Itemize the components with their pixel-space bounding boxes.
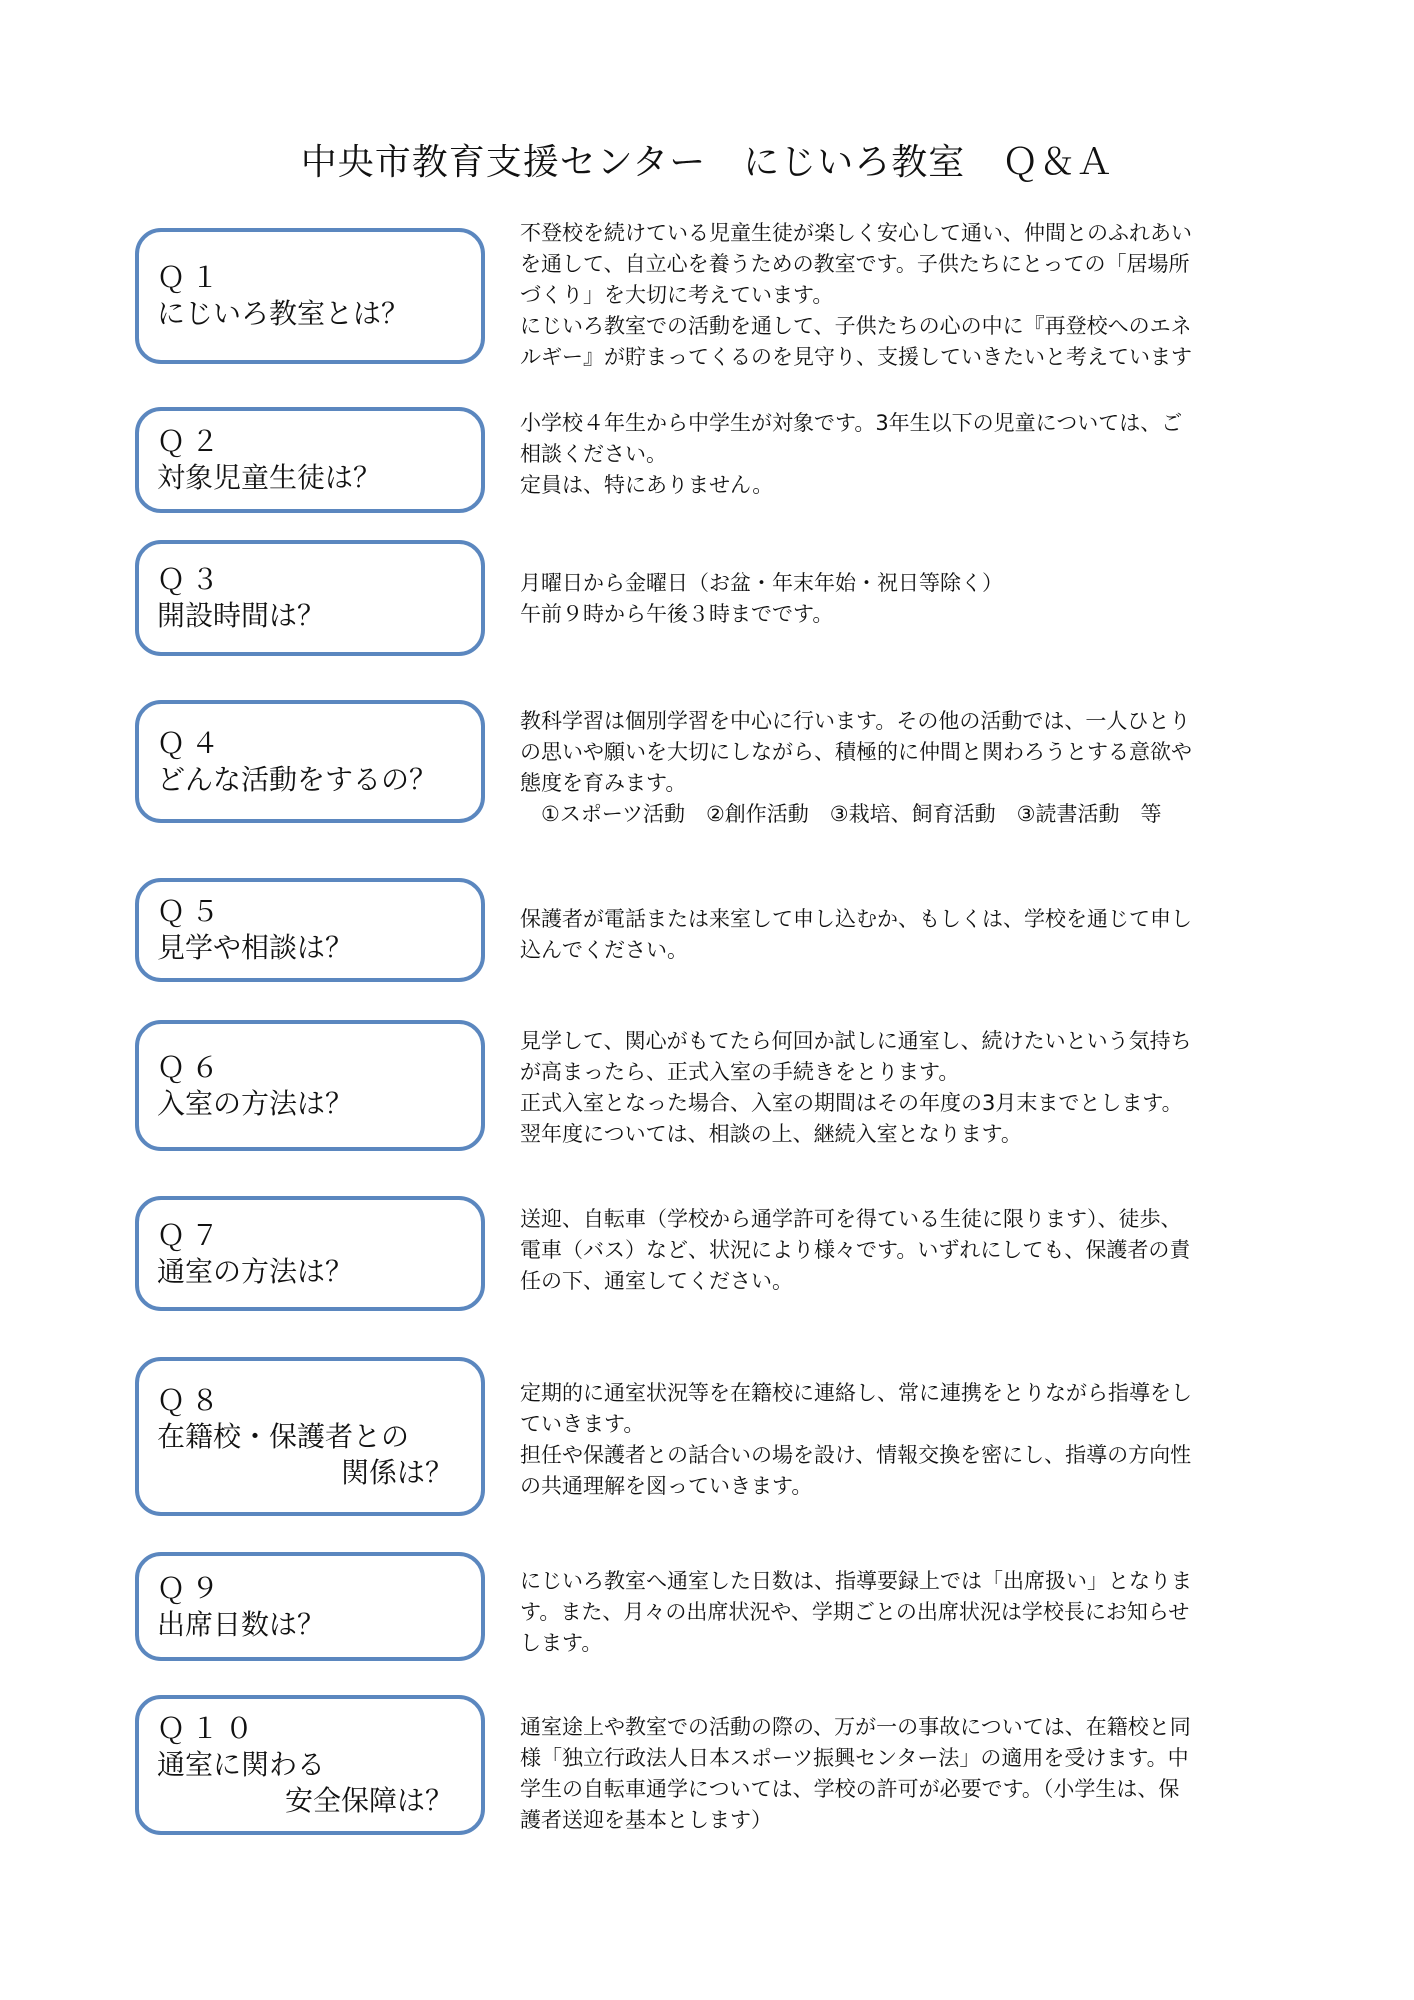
question-text: 在籍校・保護者との <box>157 1419 463 1455</box>
question-box-q1: Ｑ１ にじいろ教室とは？ <box>135 228 485 364</box>
question-text: 開設時間は？ <box>157 598 463 634</box>
answer-line: にじいろ教室へ通室した日数は、指導要録上では「出席扱い」となりま <box>520 1566 1300 1597</box>
answer-line: ルギー』が貯まってくるのを見守り、支援していきたいと考えています <box>520 342 1300 373</box>
question-number: Ｑ８ <box>157 1383 463 1419</box>
question-box-q4: Ｑ４ どんな活動をするの？ <box>135 700 485 823</box>
answer-line: します。 <box>520 1628 1300 1659</box>
answer-line: ていきます。 <box>520 1409 1300 1440</box>
question-box-q9: Ｑ９ 出席日数は？ <box>135 1552 485 1661</box>
question-number: Ｑ９ <box>157 1571 463 1607</box>
answer-q7: 送迎、自転車（学校から通学許可を得ている生徒に限ります）、徒歩、 電車（バス）な… <box>520 1204 1300 1297</box>
question-text: 出席日数は？ <box>157 1607 463 1643</box>
question-text: 通室に関わる <box>157 1747 463 1783</box>
answer-line: の思いや願いを大切にしながら、積極的に仲間と関わろうとする意欲や <box>520 737 1300 768</box>
question-box-q7: Ｑ７ 通室の方法は？ <box>135 1196 485 1311</box>
answer-line: 送迎、自転車（学校から通学許可を得ている生徒に限ります）、徒歩、 <box>520 1204 1300 1235</box>
answer-line: 教科学習は個別学習を中心に行います。その他の活動では、一人ひとり <box>520 706 1300 737</box>
question-box-q3: Ｑ３ 開設時間は？ <box>135 540 485 656</box>
question-number: Ｑ１ <box>157 260 463 296</box>
answer-line: 態度を育みます。 <box>520 768 1300 799</box>
answer-line: 学生の自転車通学については、学校の許可が必要です。（小学生は、保 <box>520 1774 1300 1805</box>
answer-line: 定期的に通室状況等を在籍校に連絡し、常に連携をとりながら指導をし <box>520 1378 1300 1409</box>
answer-line: が高まったら、正式入室の手続きをとります。 <box>520 1057 1300 1088</box>
answer-line: 相談ください。 <box>520 439 1300 470</box>
answer-line: にじいろ教室での活動を通して、子供たちの心の中に『再登校へのエネ <box>520 311 1300 342</box>
question-number: Ｑ２ <box>157 424 463 460</box>
answer-q8: 定期的に通室状況等を在籍校に連絡し、常に連携をとりながら指導をし ていきます。 … <box>520 1378 1300 1502</box>
answer-line: 護者送迎を基本とします） <box>520 1805 1300 1836</box>
answer-q4: 教科学習は個別学習を中心に行います。その他の活動では、一人ひとり の思いや願いを… <box>520 706 1300 830</box>
answer-line: 翌年度については、相談の上、継続入室となります。 <box>520 1119 1300 1150</box>
question-box-q2: Ｑ２ 対象児童生徒は？ <box>135 407 485 513</box>
answer-line: 任の下、通室してください。 <box>520 1266 1300 1297</box>
answer-line: 不登校を続けている児童生徒が楽しく安心して通い、仲間とのふれあい <box>520 218 1300 249</box>
answer-line: 正式入室となった場合、入室の期間はその年度の3月末までとします。 <box>520 1088 1300 1119</box>
question-box-q5: Ｑ５ 見学や相談は？ <box>135 878 485 982</box>
answer-line: 通室途上や教室での活動の際の、万が一の事故については、在籍校と同 <box>520 1712 1300 1743</box>
question-number: Ｑ５ <box>157 894 463 930</box>
question-box-q10: Ｑ１０ 通室に関わる 安全保障は？ <box>135 1695 485 1835</box>
answer-line: ①スポーツ活動 ②創作活動 ③栽培、飼育活動 ③読書活動 等 <box>520 799 1300 830</box>
answer-q2: 小学校４年生から中学生が対象です。3年生以下の児童については、ご 相談ください。… <box>520 408 1300 501</box>
answer-line: を通して、自立心を養うための教室です。子供たちにとっての「居場所 <box>520 249 1300 280</box>
page-title: 中央市教育支援センター にじいろ教室 Ｑ＆Ａ <box>0 134 1414 185</box>
question-box-q8: Ｑ８ 在籍校・保護者との 関係は？ <box>135 1357 485 1516</box>
answer-line: 月曜日から金曜日（お盆・年末年始・祝日等除く） <box>520 568 1300 599</box>
answer-line: づくり」を大切に考えています。 <box>520 280 1300 311</box>
question-text-continued: 関係は？ <box>157 1455 463 1491</box>
question-text: 入室の方法は？ <box>157 1086 463 1122</box>
question-text: 見学や相談は？ <box>157 930 463 966</box>
answer-line: 様「独立行政法人日本スポーツ振興センター法」の適用を受けます。中 <box>520 1743 1300 1774</box>
answer-line: 込んでください。 <box>520 935 1300 966</box>
answer-line: す。また、月々の出席状況や、学期ごとの出席状況は学校長にお知らせ <box>520 1597 1300 1628</box>
answer-line: 見学して、関心がもてたら何回か試しに通室し、続けたいという気持ち <box>520 1026 1300 1057</box>
question-text-continued: 安全保障は？ <box>157 1783 463 1819</box>
answer-line: 午前９時から午後３時までです。 <box>520 599 1300 630</box>
question-number: Ｑ１０ <box>157 1711 463 1747</box>
question-text: 対象児童生徒は？ <box>157 460 463 496</box>
answer-q3: 月曜日から金曜日（お盆・年末年始・祝日等除く） 午前９時から午後３時までです。 <box>520 568 1300 630</box>
answer-line: 定員は、特にありません。 <box>520 470 1300 501</box>
question-number: Ｑ３ <box>157 562 463 598</box>
answer-line: の共通理解を図っていきます。 <box>520 1471 1300 1502</box>
answer-q6: 見学して、関心がもてたら何回か試しに通室し、続けたいという気持ち が高まったら、… <box>520 1026 1300 1150</box>
question-box-q6: Ｑ６ 入室の方法は？ <box>135 1020 485 1151</box>
question-number: Ｑ７ <box>157 1218 463 1254</box>
answer-line: 小学校４年生から中学生が対象です。3年生以下の児童については、ご <box>520 408 1300 439</box>
question-number: Ｑ６ <box>157 1050 463 1086</box>
answer-line: 保護者が電話または来室して申し込むか、もしくは、学校を通じて申し <box>520 904 1300 935</box>
question-text: どんな活動をするの？ <box>157 762 463 798</box>
answer-q9: にじいろ教室へ通室した日数は、指導要録上では「出席扱い」となりま す。また、月々… <box>520 1566 1300 1659</box>
question-number: Ｑ４ <box>157 726 463 762</box>
answer-q10: 通室途上や教室での活動の際の、万が一の事故については、在籍校と同 様「独立行政法… <box>520 1712 1300 1836</box>
question-text: にじいろ教室とは？ <box>157 296 463 332</box>
answer-line: 電車（バス）など、状況により様々です。いずれにしても、保護者の責 <box>520 1235 1300 1266</box>
answer-q5: 保護者が電話または来室して申し込むか、もしくは、学校を通じて申し 込んでください… <box>520 904 1300 966</box>
answer-line: 担任や保護者との話合いの場を設け、情報交換を密にし、指導の方向性 <box>520 1440 1300 1471</box>
answer-q1: 不登校を続けている児童生徒が楽しく安心して通い、仲間とのふれあい を通して、自立… <box>520 218 1300 373</box>
question-text: 通室の方法は？ <box>157 1254 463 1290</box>
